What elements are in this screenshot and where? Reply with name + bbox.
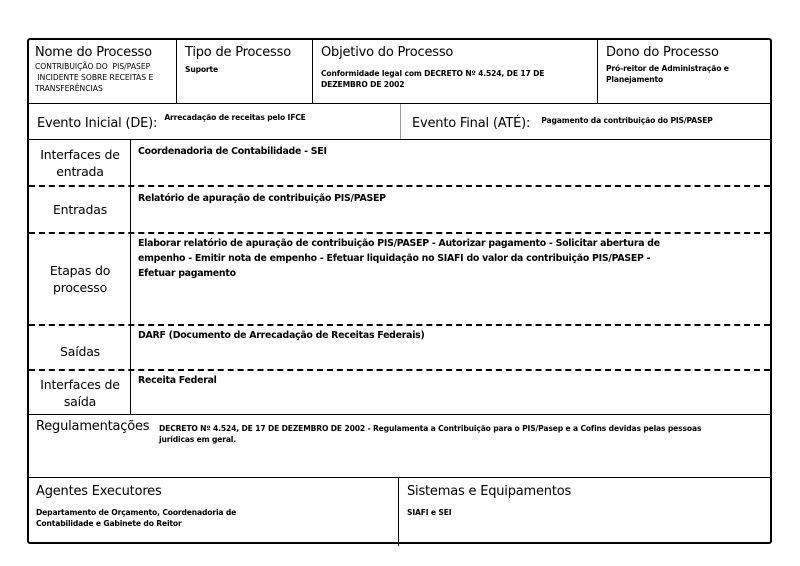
evento-inicial-label: Evento Inicial (DE):	[37, 116, 157, 131]
agentes-executores-title: Agentes Executores	[36, 484, 391, 499]
regulamentacoes-value: DECRETO Nº 4.524, DE 17 DE DEZEMBRO DE 2…	[159, 423, 739, 445]
nome-processo-value: CONTRIBUIÇÃO DO PIS/PASEP INCIDENTE SOBR…	[35, 61, 175, 94]
dashed-divider	[29, 369, 770, 371]
agentes-executores-value: Departamento de Orçamento, Coordenadoria…	[36, 507, 276, 529]
sistemas-equipamentos-title: Sistemas e Equipamentos	[407, 484, 762, 499]
saidas-value: DARF (Documento de Arrecadação de Receit…	[138, 328, 758, 343]
divider	[597, 40, 598, 104]
entradas-value: Relatório de apuração de contribuição PI…	[138, 191, 758, 206]
row-label-wrap: Etapas do processo	[29, 234, 131, 324]
dashed-divider	[29, 185, 770, 187]
divider	[400, 104, 401, 140]
etapas-processo-label: Etapas do processo	[29, 262, 131, 296]
divider	[29, 414, 770, 415]
agentes-executores-cell: Agentes Executores Departamento de Orçam…	[36, 484, 391, 529]
divider	[176, 40, 177, 104]
row-label-wrap: Interfaces de entrada	[29, 140, 131, 185]
divider	[29, 139, 770, 140]
divider	[398, 477, 399, 546]
regulamentacoes-label: Regulamentações	[36, 419, 149, 434]
row-label-wrap: Saídas	[29, 330, 131, 373]
tipo-processo-cell: Tipo de Processo Suporte	[185, 45, 310, 75]
objetivo-processo-title: Objetivo do Processo	[321, 45, 591, 60]
sistemas-equipamentos-value: SIAFI e SEI	[407, 507, 762, 518]
divider	[312, 40, 313, 104]
evento-final-label: Evento Final (ATÉ):	[412, 116, 530, 131]
tipo-processo-value: Suporte	[185, 64, 310, 75]
sistemas-equipamentos-cell: Sistemas e Equipamentos SIAFI e SEI	[407, 484, 762, 518]
interfaces-saida-value: Receita Federal	[138, 373, 758, 388]
evento-final-value: Pagamento da contribuição do PIS/PASEP	[541, 116, 712, 125]
row-label-wrap: Entradas	[29, 187, 131, 232]
nome-line: CONTRIBUIÇÃO DO PIS/PASEP	[35, 61, 175, 72]
interfaces-entrada-label: Interfaces de entrada	[29, 146, 131, 180]
nome-line: TRANSFERÊNCIAS	[35, 83, 175, 94]
nome-line: INCIDENTE SOBRE RECEITAS E	[35, 72, 175, 83]
interfaces-entrada-value: Coordenadoria de Contabilidade - SEI	[138, 144, 758, 159]
entradas-label: Entradas	[53, 201, 107, 218]
etapas-processo-value: Elaborar relatório de apuração de contri…	[138, 236, 683, 281]
dashed-divider	[29, 324, 770, 326]
dono-processo-cell: Dono do Processo Pró-reitor de Administr…	[606, 45, 766, 85]
objetivo-processo-value: Conformidade legal com DECRETO Nº 4.524,…	[321, 68, 571, 90]
row-label-wrap: Interfaces de saída	[29, 372, 131, 414]
tipo-processo-title: Tipo de Processo	[185, 45, 310, 60]
objetivo-processo-cell: Objetivo do Processo Conformidade legal …	[321, 45, 591, 90]
evento-inicial: Evento Inicial (DE): Arrecadação de rece…	[37, 112, 306, 131]
evento-final: Evento Final (ATÉ): Pagamento da contrib…	[412, 112, 713, 131]
evento-inicial-value: Arrecadação de receitas pelo IFCE	[164, 113, 305, 122]
saidas-label: Saídas	[60, 343, 100, 360]
nome-processo-cell: Nome do Processo CONTRIBUIÇÃO DO PIS/PAS…	[35, 45, 175, 94]
dashed-divider	[29, 232, 770, 234]
process-sheet: Nome do Processo CONTRIBUIÇÃO DO PIS/PAS…	[27, 38, 772, 544]
divider	[29, 477, 770, 478]
dono-processo-value: Pró-reitor de Administração e Planejamen…	[606, 63, 756, 85]
dono-processo-title: Dono do Processo	[606, 45, 766, 60]
nome-processo-title: Nome do Processo	[35, 45, 175, 60]
interfaces-saida-label: Interfaces de saída	[29, 376, 131, 410]
